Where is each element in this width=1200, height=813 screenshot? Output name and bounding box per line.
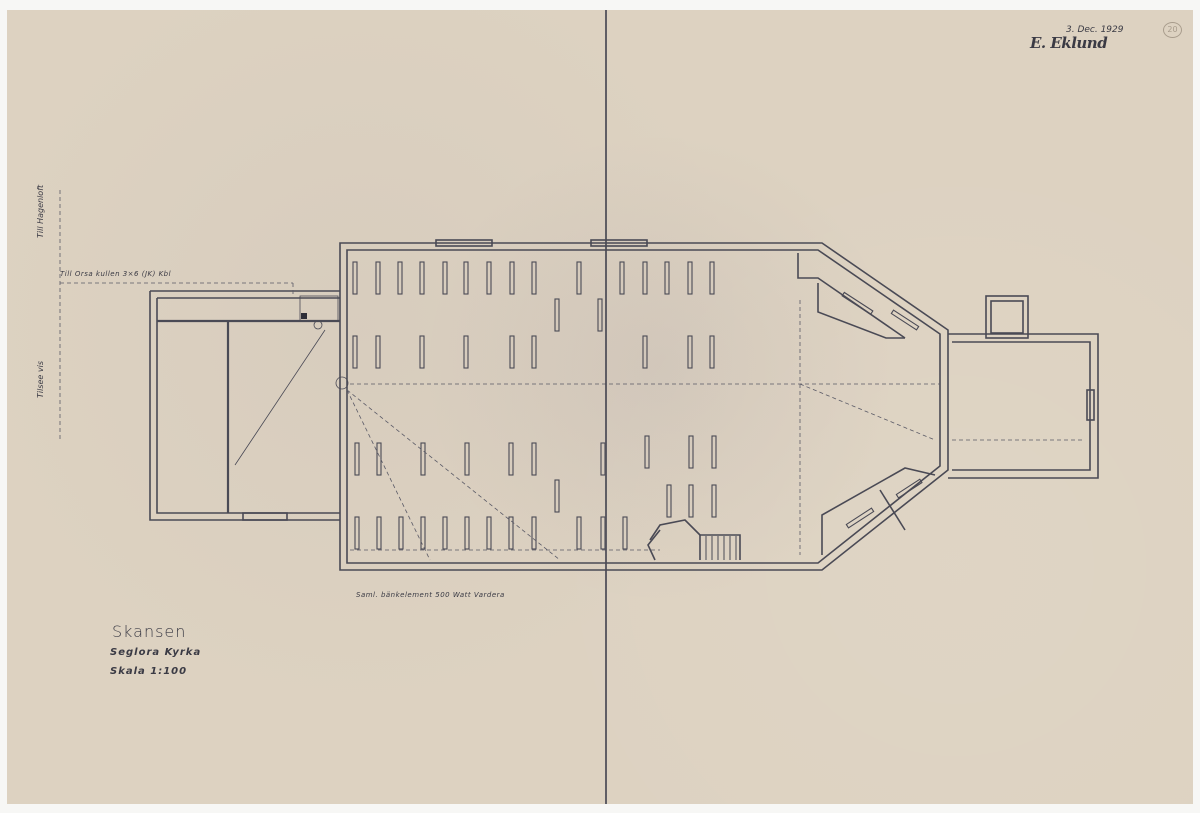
wiring-lines: [60, 190, 1085, 560]
vestry-inner-wall: [157, 298, 340, 513]
feeder-cable: [235, 330, 325, 465]
sheet-fold-line: [605, 10, 607, 804]
drawing-scale: Skala 1:100: [110, 666, 187, 677]
signature: E. Eklund: [1030, 34, 1107, 52]
drawing-sheet: [7, 10, 1193, 804]
bench-heater-note: Saml. bänkelement 500 Watt Vardera: [356, 591, 505, 599]
sheet-number-badge: 20: [1163, 22, 1182, 38]
floor-plan-drawing: [7, 10, 1193, 804]
drawing-subtitle: Seglora Kyrka: [110, 647, 201, 658]
east-room-outer: [948, 334, 1098, 478]
vertical-note-bottom: Tilsee vis: [36, 361, 45, 398]
vestry-outer-wall: [150, 291, 340, 520]
nave-outer-wall: [340, 243, 948, 570]
drawing-title: Skansen: [112, 622, 186, 641]
cable-route-note: Till Orsa kullen 3×6 (JK) Kbl: [60, 270, 171, 278]
vertical-note-top: Till Hagenloft: [36, 185, 45, 238]
